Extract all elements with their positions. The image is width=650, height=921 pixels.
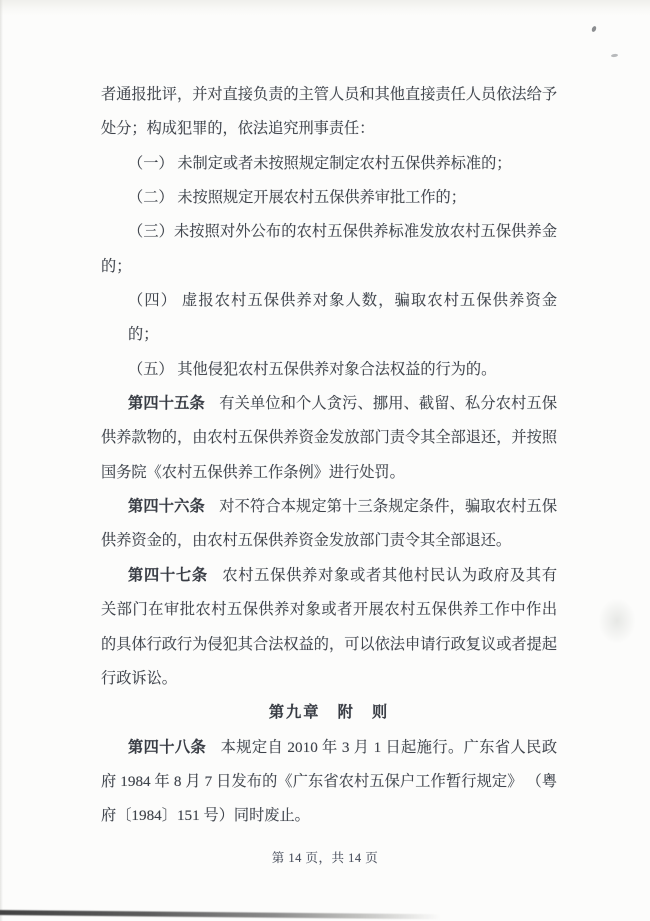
scan-smudge [598,598,636,644]
paragraph: 第四十七条农村五保供养对象或者其他村民认为政府及其有关部门在审批农村五保供养对象… [101,559,557,696]
text-line: （二） 未按照规定开展农村五保供养审批工作的； [101,181,557,215]
text-run: 供养资金的，由农村五保供养资金发放部门责令其全部退还。 [101,532,511,549]
text-line: 供养资金的，由农村五保供养资金发放部门责令其全部退还。 [101,524,557,558]
text-run: （二） 未按照规定开展农村五保供养审批工作的； [128,189,466,206]
text-run: （五） 其他侵犯农村五保供养对象合法权益的行为的。 [128,361,496,378]
paragraph: 第四十五条有关单位和个人贪污、挪用、截留、私分农村五保供养款物的，由农村五保供养… [101,387,557,490]
text-run: 的； [101,258,131,275]
paragraph: 者通报批评，并对直接负责的主管人员和其他直接责任人员依法给予处分；构成犯罪的，依… [101,78,557,147]
scanned-document-page: 者通报批评，并对直接负责的主管人员和其他直接责任人员依法给予处分；构成犯罪的，依… [0,0,650,921]
document-body: 者通报批评，并对直接负责的主管人员和其他直接责任人员依法给予处分；构成犯罪的，依… [101,78,557,834]
text-run: 府 1984 年 8 月 7 日发布的《广东省农村五保户工作暂行规定》 （粤 [101,773,557,790]
text-run: 处分；构成犯罪的，依法追究刑事责任： [101,120,374,137]
chapter-heading: 第九章 附 则 [101,696,557,730]
text-run: （四） 虚报农村五保供养对象人数，骗取农村五保供养资金的； [128,292,557,343]
article-number: 第四十七条 [128,567,208,584]
text-line: 处分；构成犯罪的，依法追究刑事责任： [101,112,557,146]
text-line: 的具体行政行为侵犯其合法权益的，可以依法申请行政复议或者提起 [101,628,557,662]
scan-paper-edge [0,910,501,919]
text-line: 第四十五条有关单位和个人贪污、挪用、截留、私分农村五保 [101,387,557,421]
article-number: 第四十八条 [128,739,206,756]
text-line: 供养款物的，由农村五保供养资金发放部门责令其全部退还，并按照 [101,421,557,455]
scan-speck [611,54,618,58]
text-run: 有关单位和个人贪污、挪用、截留、私分农村五保 [219,395,557,412]
paragraph: 第四十八条本规定自 2010 年 3 月 1 日起施行。广东省人民政府 1984… [101,731,557,834]
text-run: 者通报批评，并对直接负责的主管人员和其他直接责任人员依法给予 [101,86,557,103]
scan-top-band [0,0,650,16]
text-run: 对不符合本规定第十三条规定条件，骗取农村五保 [219,498,557,515]
text-run: 的具体行政行为侵犯其合法权益的，可以依法申请行政复议或者提起 [101,636,557,653]
text-line: 关部门在审批农村五保供养对象或者开展农村五保供养工作中作出 [101,593,557,627]
text-run: 第九章 附 则 [269,704,389,721]
text-run: 供养款物的，由农村五保供养资金发放部门责令其全部退还，并按照 [101,429,557,446]
paragraph: （四） 虚报农村五保供养对象人数，骗取农村五保供养资金的； [101,284,557,353]
scan-left-edge [0,0,3,921]
text-line: 的； [101,250,557,284]
text-run: （一） 未制定或者未按照规定制定农村五保供养标准的； [128,155,511,172]
text-line: （一） 未制定或者未按照规定制定农村五保供养标准的； [101,147,557,181]
text-line: 府 1984 年 8 月 7 日发布的《广东省农村五保户工作暂行规定》 （粤 [101,765,557,799]
text-run: 关部门在审批农村五保供养对象或者开展农村五保供养工作中作出 [101,601,557,618]
article-number: 第四十六条 [128,498,205,515]
text-line: （四） 虚报农村五保供养对象人数，骗取农村五保供养资金的； [101,284,557,353]
text-line: 者通报批评，并对直接负责的主管人员和其他直接责任人员依法给予 [101,78,557,112]
text-run: （三）未按照对外公布的农村五保供养标准发放农村五保供养金 [128,223,557,240]
page-number: 第 14 页，共 14 页 [0,848,650,866]
paragraph: （二） 未按照规定开展农村五保供养审批工作的； [101,181,557,215]
paragraph: 第四十六条对不符合本规定第十三条规定条件，骗取农村五保供养资金的，由农村五保供养… [101,490,557,559]
text-line: 府〔1984〕151 号）同时废止。 [101,799,557,833]
scan-speck [591,25,597,32]
text-run: 国务院《农村五保供养工作条例》进行处罚。 [101,464,405,481]
text-line: 第四十八条本规定自 2010 年 3 月 1 日起施行。广东省人民政 [101,731,557,765]
paragraph: （一） 未制定或者未按照规定制定农村五保供养标准的； [101,147,557,181]
paragraph: （三）未按照对外公布的农村五保供养标准发放农村五保供养金的； [101,215,557,284]
text-run: 本规定自 2010 年 3 月 1 日起施行。广东省人民政 [221,739,557,756]
article-number: 第四十五条 [128,395,205,412]
paragraph: （五） 其他侵犯农村五保供养对象合法权益的行为的。 [101,353,557,387]
text-run: 行政诉讼。 [101,670,177,687]
text-line: 国务院《农村五保供养工作条例》进行处罚。 [101,456,557,490]
text-line: 第九章 附 则 [101,696,557,730]
text-run: 府〔1984〕151 号）同时废止。 [101,807,310,824]
text-line: 第四十七条农村五保供养对象或者其他村民认为政府及其有 [101,559,557,593]
text-line: 第四十六条对不符合本规定第十三条规定条件，骗取农村五保 [101,490,557,524]
text-line: 行政诉讼。 [101,662,557,696]
text-run: 农村五保供养对象或者其他村民认为政府及其有 [222,567,557,584]
text-line: （三）未按照对外公布的农村五保供养标准发放农村五保供养金 [101,215,557,249]
text-line: （五） 其他侵犯农村五保供养对象合法权益的行为的。 [101,353,557,387]
